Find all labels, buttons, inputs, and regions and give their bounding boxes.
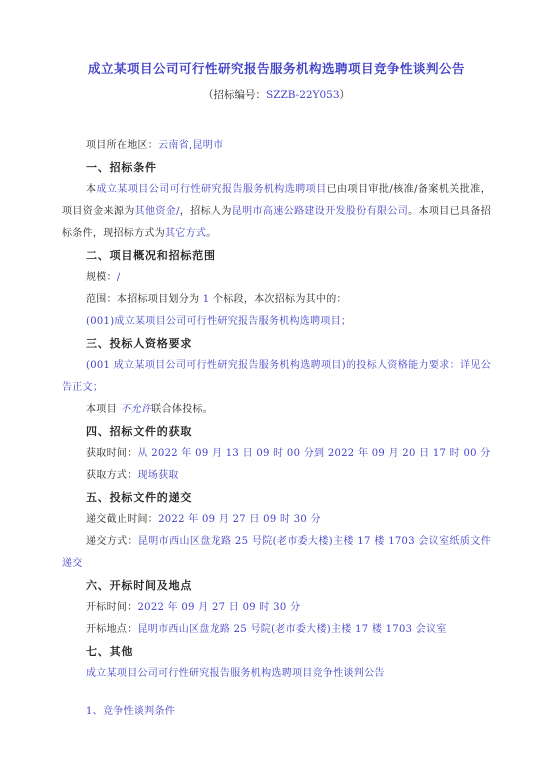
- paragraph: 本项目 不允许联合体投标。: [62, 399, 491, 421]
- text-segment: 成立某项目公司可行性研究报告服务机构选聘项目: [96, 184, 326, 195]
- text-segment: 1、竞争性谈判条件: [86, 706, 175, 717]
- section-heading: 三、投标人资格要求: [62, 333, 491, 355]
- paragraph: 获取方式：现场获取: [62, 465, 491, 487]
- text-segment: 获取时间：: [86, 448, 138, 459]
- document-page: 成立某项目公司可行性研究报告服务机构选聘项目竞争性谈判公告 （招标编号：SZZB…: [0, 0, 553, 781]
- text-segment: 。: [206, 228, 216, 239]
- paragraph: 本成立某项目公司可行性研究报告服务机构选聘项目已由项目审批/核准/备案机关批准，…: [62, 179, 491, 245]
- document-body: 项目所在地区：云南省,昆明市一、招标条件本成立某项目公司可行性研究报告服务机构选…: [0, 135, 553, 723]
- paragraph: 范围：本招标项目划分为 1 个标段，本次招标为其中的：: [62, 289, 491, 311]
- text-segment: /: [117, 272, 121, 283]
- text-segment: ）: [340, 89, 351, 101]
- text-segment: （招标编号：: [203, 89, 266, 101]
- text-segment: 云南省,昆明市: [158, 140, 223, 151]
- text-segment: 六、开标时间及地点: [86, 580, 192, 592]
- paragraph: 获取时间：从 2022 年 09 月 13 日 09 时 00 分到 2022 …: [62, 443, 491, 465]
- text-segment: 从 2022 年 09 月 13 日 09 时 00 分到 2022 年 09 …: [138, 448, 491, 459]
- text-segment: 2022 年 09 月 27 日 09 时 30 分: [158, 514, 321, 525]
- text-segment: 其它方式: [165, 228, 206, 239]
- text-segment: 个标段，本次招标为其中的：: [209, 294, 346, 305]
- text-segment: 递交方式：: [86, 536, 138, 547]
- text-segment: 递交截止时间：: [86, 514, 158, 525]
- paragraph: 开标时间：2022 年 09 月 27 日 09 时 30 分: [62, 597, 491, 619]
- text-segment: 范围：本招标项目划分为: [86, 294, 203, 305]
- text-segment: 五、投标文件的递交: [86, 492, 192, 504]
- text-segment: 联合体投标。: [151, 404, 213, 415]
- document-title: 成立某项目公司可行性研究报告服务机构选聘项目竞争性谈判公告: [0, 60, 553, 77]
- bid-number: （招标编号：SZZB-22Y053）: [0, 88, 553, 102]
- text-segment: 其他资金/: [135, 206, 180, 217]
- section-heading: 四、招标文件的获取: [62, 421, 491, 443]
- section-heading: 六、开标时间及地点: [62, 575, 491, 597]
- text-segment: 成立某项目公司可行性研究报告服务机构选聘项目竞争性谈判公告: [86, 668, 385, 679]
- paragraph: 规模：/: [62, 267, 491, 289]
- paragraph: 递交截止时间：2022 年 09 月 27 日 09 时 30 分: [62, 509, 491, 531]
- paragraph: 项目所在地区：云南省,昆明市: [62, 135, 491, 157]
- text-segment: 开标时间：: [86, 602, 138, 613]
- text-segment: 三、投标人资格要求: [86, 338, 192, 350]
- text-segment: 七、其他: [86, 646, 133, 658]
- text-segment: SZZB-22Y053: [266, 89, 340, 101]
- text-segment: 昆明市高速公路建设开发股份有限公司: [232, 206, 408, 217]
- section-heading: 五、投标文件的递交: [62, 487, 491, 509]
- text-segment: 开标地点：: [86, 624, 138, 635]
- text-segment: 本: [86, 184, 96, 195]
- text-segment: 项目所在地区：: [86, 140, 158, 151]
- section-heading: 二、项目概况和招标范围: [62, 245, 491, 267]
- text-segment: 2022 年 09 月 27 日 09 时 30 分: [138, 602, 301, 613]
- text-segment: 本项目: [86, 404, 120, 415]
- paragraph: (001)成立某项目公司可行性研究报告服务机构选聘项目；: [62, 311, 491, 333]
- text-segment: 二、项目概况和招标范围: [86, 250, 216, 262]
- text-segment: 一、招标条件: [86, 162, 157, 174]
- section-heading: 七、其他: [62, 641, 491, 663]
- attachment-link[interactable]: 1、竞争性谈判条件: [62, 701, 491, 723]
- text-segment: 不允许: [120, 404, 151, 415]
- text-segment: (001)成立某项目公司可行性研究报告服务机构选聘项目；: [86, 316, 351, 327]
- attachment-link[interactable]: 成立某项目公司可行性研究报告服务机构选聘项目竞争性谈判公告: [62, 663, 491, 685]
- text-segment: 规模：: [86, 272, 117, 283]
- text-segment: 四、招标文件的获取: [86, 426, 192, 438]
- paragraph: 开标地点：昆明市西山区盘龙路 25 号院(老市委大楼)主楼 17 楼 1703 …: [62, 619, 491, 641]
- text-segment: ，招标人为: [180, 206, 232, 217]
- text-segment: 昆明市西山区盘龙路 25 号院(老市委大楼)主楼 17 楼 1703 会议室: [138, 624, 447, 635]
- text-segment: (001 成立某项目公司可行性研究报告服务机构选聘项目)的投标人资格能力要求：详…: [62, 360, 491, 393]
- paragraph: 递交方式：昆明市西山区盘龙路 25 号院(老市委大楼)主楼 17 楼 1703 …: [62, 531, 491, 575]
- text-segment: 现场获取: [138, 470, 179, 481]
- text-segment: 获取方式：: [86, 470, 138, 481]
- paragraph: (001 成立某项目公司可行性研究报告服务机构选聘项目)的投标人资格能力要求：详…: [62, 355, 491, 399]
- section-heading: 一、招标条件: [62, 157, 491, 179]
